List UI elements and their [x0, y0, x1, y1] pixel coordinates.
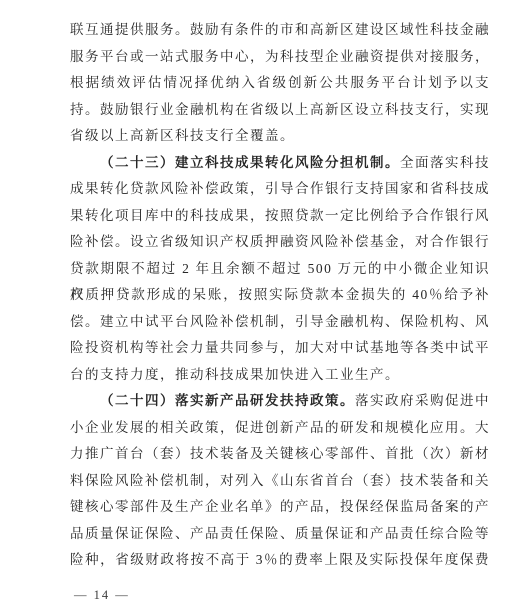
text-line: 根据绩效评估情况择优纳入省级创新公共服务平台计划予以支 — [70, 70, 490, 97]
section-24-heading-line: （二十四）落实新产品研发扶持政策。落实政府采购促进中 — [70, 388, 490, 415]
text-line: 联互通提供服务。鼓励有条件的市和高新区建设区域性科技金融 — [70, 17, 490, 44]
text-line: 品质量保证保险、产品责任保险、质量保证和产品责任综合险等 — [70, 521, 490, 548]
text-line: 省级以上高新区科技支行全覆盖。 — [70, 123, 490, 150]
text-line: 服务平台或一站式服务中心，为科技型企业融资提供对接服务， — [70, 44, 490, 71]
text-line: 偿。建立中试平台风险补偿机制，引导金融机构、保险机构、风 — [70, 309, 490, 336]
section-23-heading-tail: 全面落实科技 — [400, 155, 490, 170]
text-line: 险投资机构等社会力量共同参与，加大对中试基地等各类中试平 — [70, 335, 490, 362]
text-line: 险种，省级财政将按不高于 3％的费率上限及实际投保年度保费 — [70, 547, 490, 574]
text-line: 成果转化贷款风险补偿政策，引导合作银行支持国家和省科技成 — [70, 176, 490, 203]
section-24-heading-tail: 落实政府采购促进中 — [355, 393, 490, 408]
text-line: 力推广首台（套）技术装备及关键核心零部件、首批（次）新材 — [70, 441, 490, 468]
page-number: — 14 — — [74, 586, 130, 604]
text-line: 果转化项目库中的科技成果，按照贷款一定比例给予合作银行风 — [70, 203, 490, 230]
section-24-heading: （二十四）落实新产品研发扶持政策。 — [100, 393, 355, 408]
text-line: 权质押贷款形成的呆账，按照实际贷款本金损失的 40％给予补 — [70, 282, 490, 309]
text-line: 台的支持力度，推动科技成果加快进入工业生产。 — [70, 362, 490, 389]
text-line: 险补偿。设立省级知识产权质押融资风险补偿基金，对合作银行 — [70, 229, 490, 256]
document-body: 联互通提供服务。鼓励有条件的市和高新区建设区域性科技金融 服务平台或一站式服务中… — [70, 17, 490, 574]
text-line: 料保险风险补偿机制，对列入《山东省首台（套）技术装备和关 — [70, 468, 490, 495]
section-23-heading: （二十三）建立科技成果转化风险分担机制。 — [100, 155, 400, 170]
text-line: 持。鼓励银行业金融机构在省级以上高新区设立科技支行，实现 — [70, 97, 490, 124]
section-23-heading-line: （二十三）建立科技成果转化风险分担机制。全面落实科技 — [70, 150, 490, 177]
text-line: 键核心零部件及生产企业名单》的产品，投保经保监局备案的产 — [70, 494, 490, 521]
text-line: 贷款期限不超过 2 年且余额不超过 500 万元的中小微企业知识产 — [70, 256, 490, 283]
document-page: 联互通提供服务。鼓励有条件的市和高新区建设区域性科技金融 服务平台或一站式服务中… — [0, 0, 524, 614]
text-line: 小企业发展的相关政策，促进创新产品的研发和规模化应用。大 — [70, 415, 490, 442]
